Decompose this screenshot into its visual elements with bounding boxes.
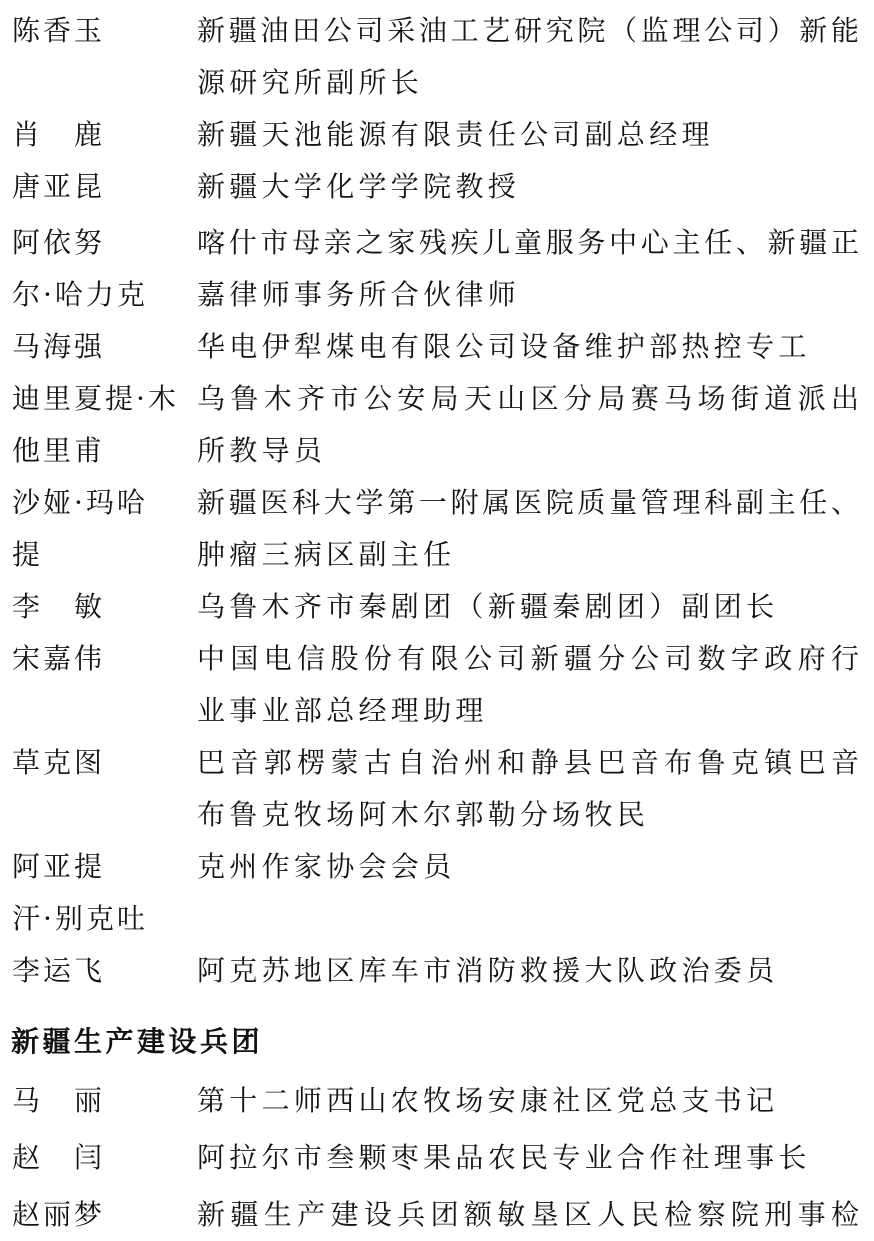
member-title: 克州作家协会会员 bbox=[197, 841, 859, 893]
member-title-continued: 所教导员 bbox=[197, 425, 859, 477]
member-title-continued: 布鲁克牧场阿木尔郭勒分场牧民 bbox=[197, 789, 859, 841]
member-entry: 唐亚昆 新疆大学化学学院教授 bbox=[0, 161, 874, 213]
member-name-continued: 汗·别克吐 bbox=[12, 893, 148, 945]
member-name: 阿亚提 bbox=[12, 841, 105, 893]
member-title-continued: 源研究所副所长 bbox=[197, 57, 859, 109]
member-name: 赵 闫 bbox=[12, 1132, 105, 1184]
member-entry: 迪里夏提·木 乌鲁木齐市公安局天山区分局赛马场街道派出 他里甫 所教导员 bbox=[0, 373, 874, 477]
member-title: 华电伊犁煤电有限公司设备维护部热控专工 bbox=[197, 321, 859, 373]
member-name-continued: 尔·哈力克 bbox=[12, 269, 148, 321]
member-name: 李 敏 bbox=[12, 581, 105, 633]
member-title: 新疆医科大学第一附属医院质量管理科副主任、 bbox=[197, 477, 859, 529]
member-name: 马海强 bbox=[12, 321, 105, 373]
member-title-continued: 业事业部总经理助理 bbox=[197, 685, 859, 737]
member-title-continued: 肿瘤三病区副主任 bbox=[197, 529, 859, 581]
member-name: 马 丽 bbox=[12, 1075, 105, 1127]
member-entry: 草克图 巴音郭楞蒙古自治州和静县巴音布鲁克镇巴音 布鲁克牧场阿木尔郭勒分场牧民 bbox=[0, 737, 874, 841]
member-title-continued: 嘉律师事务所合伙律师 bbox=[197, 269, 859, 321]
member-name: 李运飞 bbox=[12, 945, 105, 997]
member-name: 陈香玉 bbox=[12, 5, 105, 57]
member-title: 巴音郭楞蒙古自治州和静县巴音布鲁克镇巴音 bbox=[197, 737, 859, 789]
member-entry: 李 敏 乌鲁木齐市秦剧团（新疆秦剧团）副团长 bbox=[0, 581, 874, 633]
member-title: 第十二师西山农牧场安康社区党总支书记 bbox=[197, 1075, 859, 1127]
member-title: 新疆油田公司采油工艺研究院（监理公司）新能 bbox=[197, 5, 859, 57]
member-title: 新疆天池能源有限责任公司副总经理 bbox=[197, 109, 859, 161]
member-name: 迪里夏提·木 bbox=[12, 373, 179, 425]
member-name: 沙娅·玛哈 bbox=[12, 477, 148, 529]
member-title: 新疆生产建设兵团额敏垦区人民检察院刑事检 bbox=[197, 1189, 859, 1241]
member-entry: 马海强 华电伊犁煤电有限公司设备维护部热控专工 bbox=[0, 321, 874, 373]
member-entry: 沙娅·玛哈 新疆医科大学第一附属医院质量管理科副主任、 提 肿瘤三病区副主任 bbox=[0, 477, 874, 581]
member-entry: 赵 闫 阿拉尔市叁颗枣果品农民专业合作社理事长 bbox=[0, 1132, 874, 1184]
member-name: 阿依努 bbox=[12, 217, 105, 269]
bingtuan-section: 新疆生产建设兵团 马 丽 第十二师西山农牧场安康社区党总支书记 赵 闫 阿拉尔市… bbox=[0, 1016, 874, 1241]
member-entry: 肖 鹿 新疆天池能源有限责任公司副总经理 bbox=[0, 109, 874, 161]
member-entry: 陈香玉 新疆油田公司采油工艺研究院（监理公司）新能 源研究所副所长 bbox=[0, 5, 874, 109]
member-name: 唐亚昆 bbox=[12, 161, 105, 213]
member-title: 喀什市母亲之家残疾儿童服务中心主任、新疆正 bbox=[197, 217, 859, 269]
document-page: 陈香玉 新疆油田公司采油工艺研究院（监理公司）新能 源研究所副所长 肖 鹿 新疆… bbox=[0, 5, 874, 1241]
member-entry: 宋嘉伟 中国电信股份有限公司新疆分公司数字政府行 业事业部总经理助理 bbox=[0, 633, 874, 737]
member-entry: 赵丽梦 新疆生产建设兵团额敏垦区人民检察院刑事检 bbox=[0, 1189, 874, 1241]
member-title: 乌鲁木齐市秦剧团（新疆秦剧团）副团长 bbox=[197, 581, 859, 633]
member-name: 宋嘉伟 bbox=[12, 633, 105, 685]
member-title: 新疆大学化学学院教授 bbox=[197, 161, 859, 213]
member-name: 赵丽梦 bbox=[12, 1189, 105, 1241]
member-title: 中国电信股份有限公司新疆分公司数字政府行 bbox=[197, 633, 859, 685]
member-entry: 阿亚提 克州作家协会会员 汗·别克吐 bbox=[0, 841, 874, 945]
member-entry: 马 丽 第十二师西山农牧场安康社区党总支书记 bbox=[0, 1075, 874, 1127]
member-name: 草克图 bbox=[12, 737, 105, 789]
member-title: 阿拉尔市叁颗枣果品农民专业合作社理事长 bbox=[197, 1132, 859, 1184]
member-name-continued: 提 bbox=[12, 529, 43, 581]
member-name-continued: 他里甫 bbox=[12, 425, 105, 477]
member-list-section: 陈香玉 新疆油田公司采油工艺研究院（监理公司）新能 源研究所副所长 肖 鹿 新疆… bbox=[0, 5, 874, 997]
member-name: 肖 鹿 bbox=[12, 109, 105, 161]
member-entry: 李运飞 阿克苏地区库车市消防救援大队政治委员 bbox=[0, 945, 874, 997]
section-heading: 新疆生产建设兵团 bbox=[0, 1016, 874, 1068]
member-entry: 阿依努 喀什市母亲之家残疾儿童服务中心主任、新疆正 尔·哈力克 嘉律师事务所合伙… bbox=[0, 217, 874, 321]
member-title: 阿克苏地区库车市消防救援大队政治委员 bbox=[197, 945, 859, 997]
member-title: 乌鲁木齐市公安局天山区分局赛马场街道派出 bbox=[197, 373, 859, 425]
